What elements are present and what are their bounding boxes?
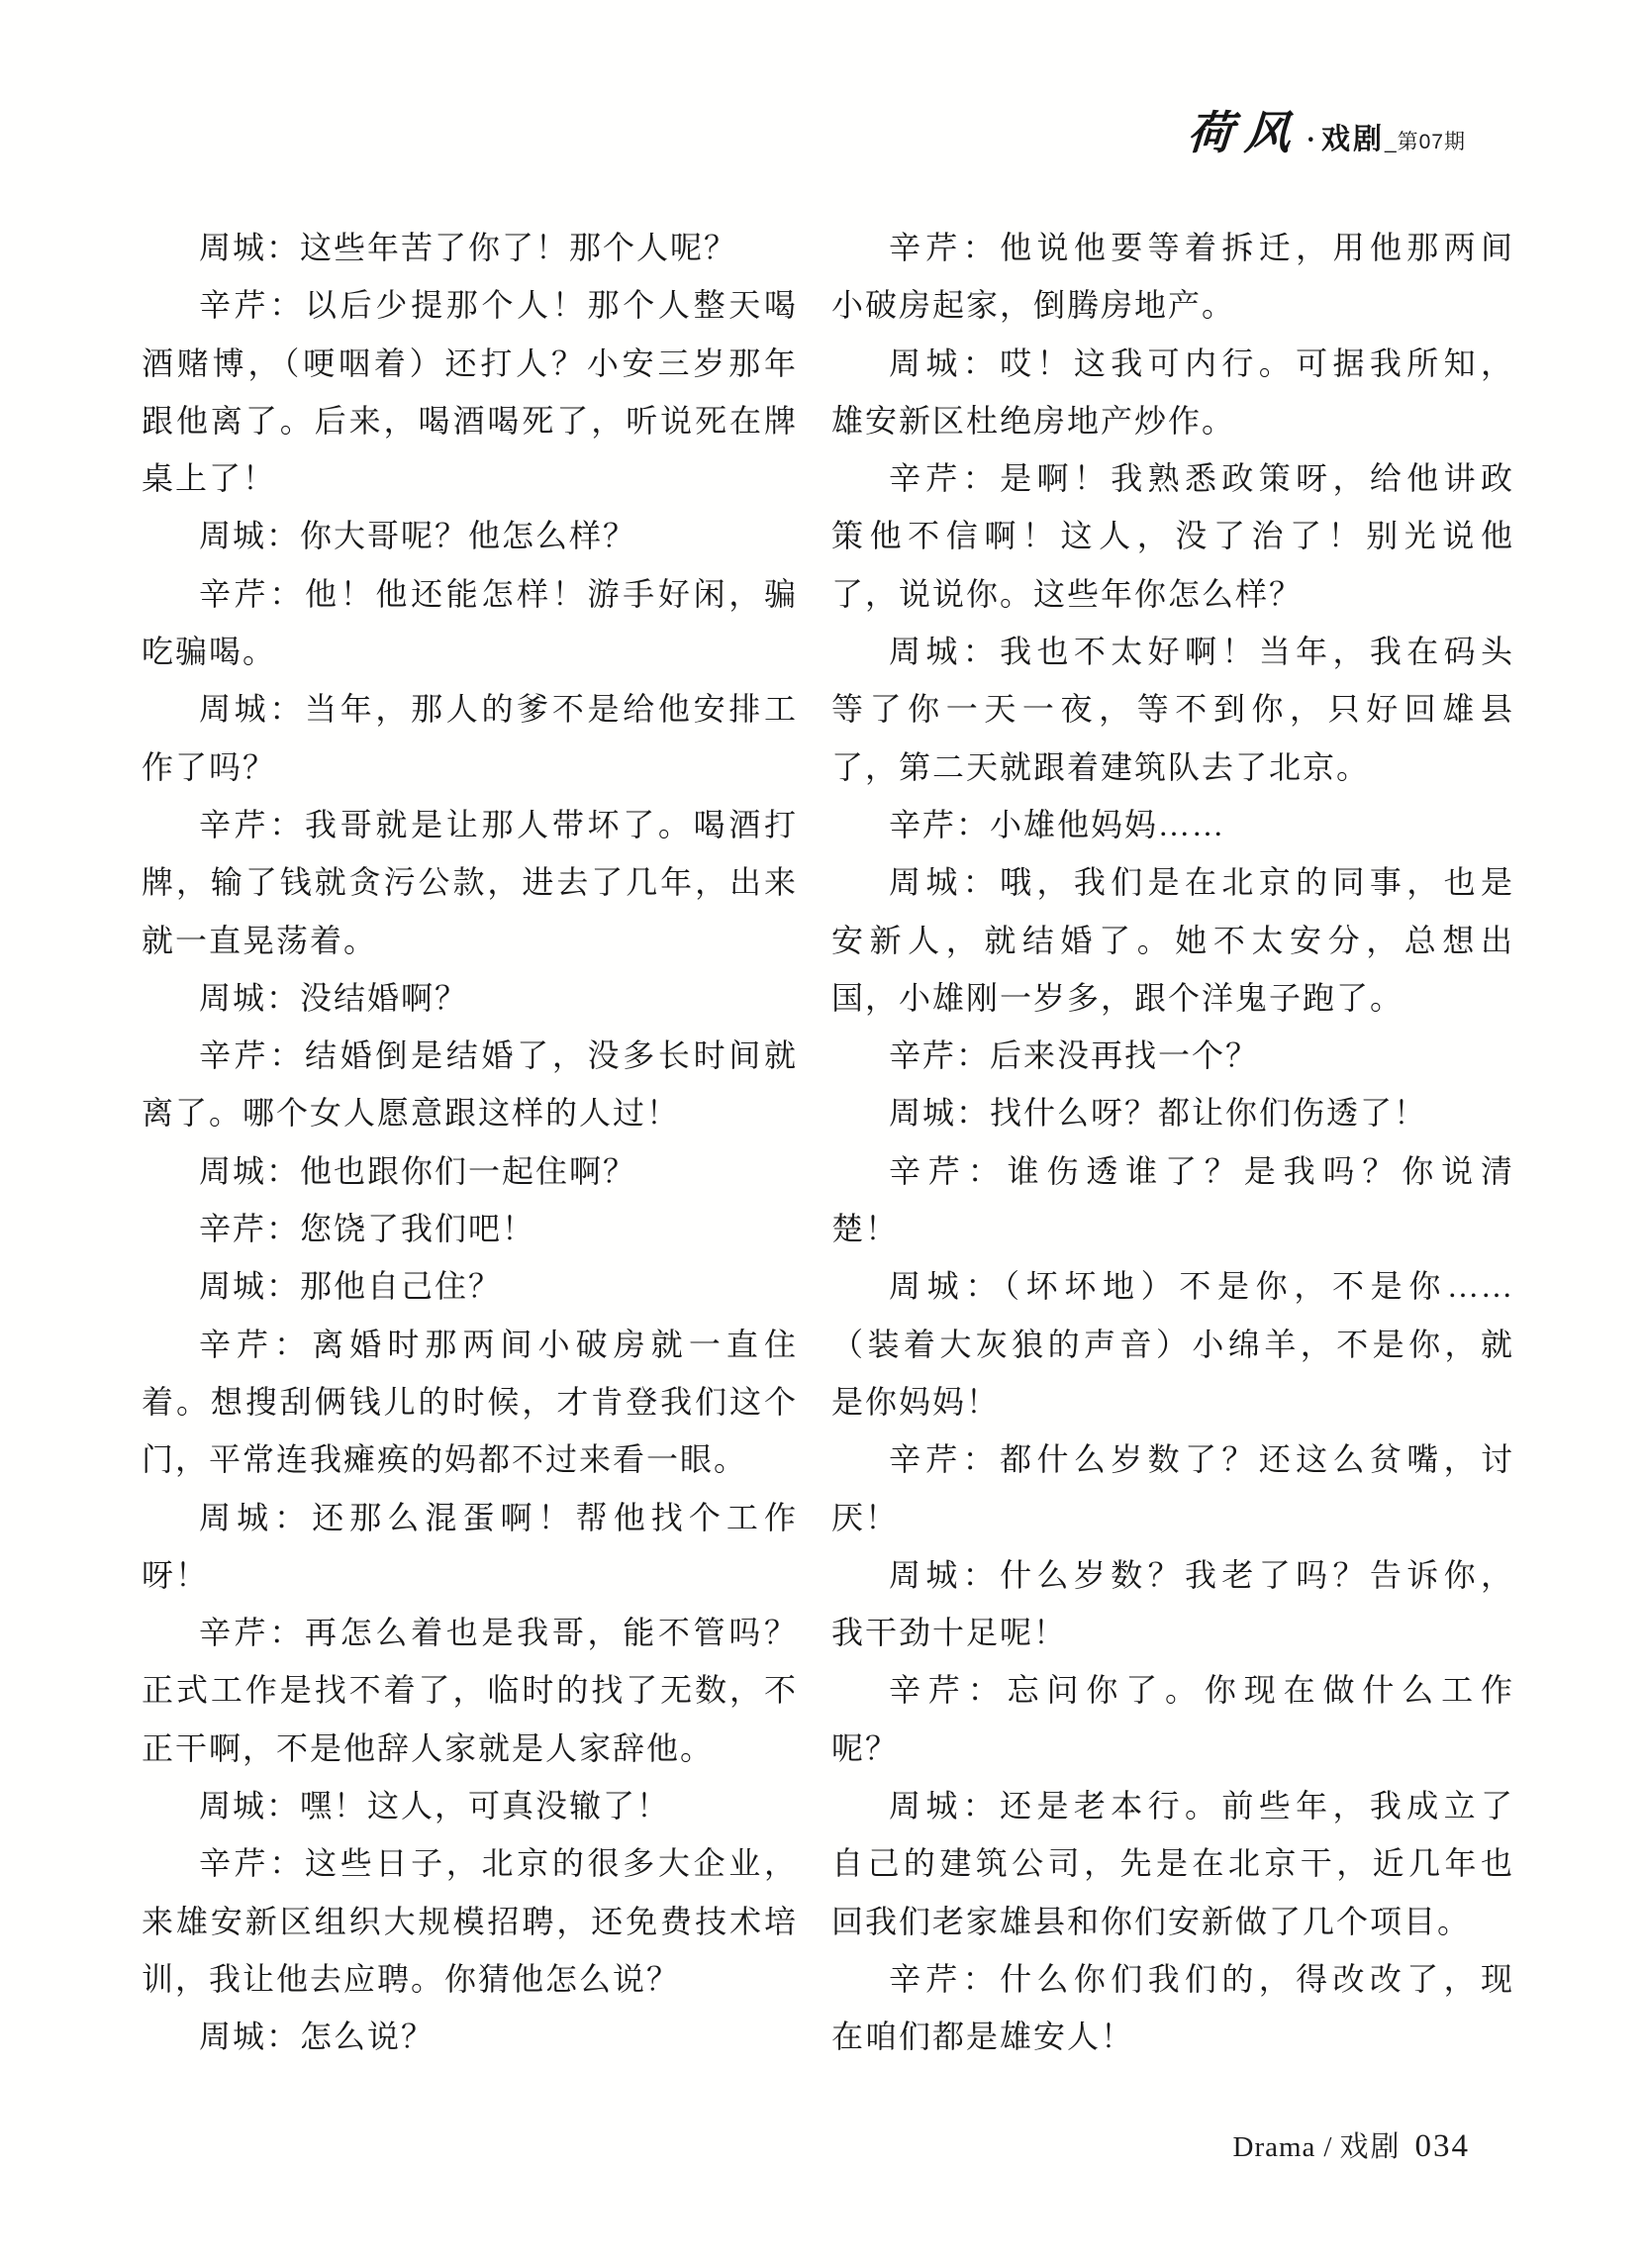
dialogue-line: 正干啊，不是他辞人家就是人家辞他。 (142, 1720, 798, 1777)
dialogue-line: （装着大灰狼的声音）小绵羊，不是你，就 (831, 1316, 1514, 1373)
dialogue-line: 辛芹：小雄他妈妈…… (831, 796, 1514, 853)
dialogue-line: 周城：怎么说？ (142, 2008, 798, 2065)
dialogue-line: 呢？ (831, 1720, 1514, 1777)
footer-section-label: 戏剧 (1339, 2124, 1401, 2165)
dialogue-line: 国，小雄刚一岁多，跟个洋鬼子跑了。 (831, 969, 1514, 1027)
dialogue-line: 辛芹：您饶了我们吧！ (142, 1200, 798, 1257)
dialogue-line: 离了。哪个女人愿意跟这样的人过！ (142, 1084, 798, 1141)
dialogue-line: 辛芹：再怎么着也是我哥，能不管吗？ (142, 1604, 798, 1661)
dialogue-line: 楚！ (831, 1200, 1514, 1257)
dialogue-line: 周城：什么岁数？我老了吗？告诉你， (831, 1546, 1514, 1604)
dialogue-line: 了，说说你。这些年你怎么样？ (831, 565, 1514, 623)
dialogue-line: 跟他离了。后来，喝酒喝死了，听说死在牌 (142, 392, 798, 449)
header-separator-dot: · (1307, 125, 1315, 156)
dialogue-line: 来雄安新区组织大规模招聘，还免费技术培 (142, 1893, 798, 1950)
dialogue-line: 自己的建筑公司，先是在北京干，近几年也 (831, 1834, 1514, 1892)
dialogue-line: 作了吗？ (142, 739, 798, 796)
dialogue-line: 辛芹：离婚时那两间小破房就一直住 (142, 1316, 798, 1373)
dialogue-line: 周城：（坏坏地）不是你，不是你…… (831, 1257, 1514, 1315)
dialogue-line: 安新人，就结婚了。她不太安分，总想出 (831, 912, 1514, 969)
dialogue-line: 是你妈妈！ (831, 1373, 1514, 1430)
dialogue-line: 辛芹：他！他还能怎样！游手好闲，骗 (142, 565, 798, 623)
dialogue-line: 了，第二天就跟着建筑队去了北京。 (831, 739, 1514, 796)
dialogue-line: 辛芹：以后少提那个人！那个人整天喝 (142, 276, 798, 334)
dialogue-line: 辛芹：这些日子，北京的很多大企业， (142, 1834, 798, 1892)
dialogue-line: 辛芹：忘问你了。你现在做什么工作 (831, 1661, 1514, 1719)
dialogue-line: 等了你一天一夜，等不到你，只好回雄县 (831, 680, 1514, 738)
dialogue-line: 周城：这些年苦了你了！那个人呢？ (142, 219, 798, 276)
dialogue-line: 正式工作是找不着了，临时的找了无数，不 (142, 1661, 798, 1719)
dialogue-line: 就一直晃荡着。 (142, 912, 798, 969)
dialogue-line: 辛芹：都什么岁数了？还这么贫嘴，讨 (831, 1430, 1514, 1488)
dialogue-line: 周城：我也不太好啊！当年，我在码头 (831, 623, 1514, 680)
dialogue-line: 厌！ (831, 1489, 1514, 1546)
dialogue-line: 辛芹：我哥就是让那人带坏了。喝酒打 (142, 796, 798, 853)
magazine-logo: 荷风 (1185, 97, 1305, 162)
dialogue-line: 辛芹：后来没再找一个？ (831, 1027, 1514, 1084)
footer-separator-slash: / (1323, 2131, 1331, 2164)
dialogue-line: 周城：你大哥呢？他怎么样？ (142, 507, 798, 564)
dialogue-line: 门，平常连我瘫痪的妈都不过来看一眼。 (142, 1430, 798, 1488)
magazine-page: 荷风 · 戏剧 _第07期 周城：这些年苦了你了！那个人呢？辛芹：以后少提那个人… (0, 0, 1646, 2268)
dialogue-line: 桌上了！ (142, 449, 798, 507)
footer-drama-label: Drama (1233, 2131, 1316, 2164)
dialogue-line: 周城：还那么混蛋啊！帮他找个工作 (142, 1489, 798, 1546)
dialogue-line: 牌，输了钱就贪污公款，进去了几年，出来 (142, 853, 798, 911)
header-section-label: 戏剧 (1321, 117, 1385, 157)
dialogue-line: 周城：当年，那人的爹不是给他安排工 (142, 680, 798, 738)
dialogue-line: 辛芹：是啊！我熟悉政策呀，给他讲政 (831, 449, 1514, 507)
dialogue-line: 辛芹：他说他要等着拆迁，用他那两间 (831, 219, 1514, 276)
dialogue-line: 小破房起家，倒腾房地产。 (831, 276, 1514, 334)
dialogue-line: 周城：那他自己住？ (142, 1257, 798, 1315)
dialogue-line: 周城：没结婚啊？ (142, 969, 798, 1027)
footer-page-number: 034 (1415, 2128, 1471, 2165)
dialogue-line: 周城：哦，我们是在北京的同事，也是 (831, 853, 1514, 911)
dialogue-line: 辛芹：谁伤透谁了？是我吗？你说清 (831, 1142, 1514, 1200)
header-issue-label: _第07期 (1385, 126, 1466, 155)
dialogue-line: 雄安新区杜绝房地产炒作。 (831, 392, 1514, 449)
dialogue-line: 周城：他也跟你们一起住啊？ (142, 1142, 798, 1200)
dialogue-line: 回我们老家雄县和你们安新做了几个项目。 (831, 1893, 1514, 1950)
dialogue-line: 着。想搜刮俩钱儿的时候，才肯登我们这个 (142, 1373, 798, 1430)
dialogue-line: 训，我让他去应聘。你猜他怎么说？ (142, 1950, 798, 2008)
dialogue-line: 周城：找什么呀？都让你们伤透了！ (831, 1084, 1514, 1141)
dialogue-line: 策他不信啊！这人，没了治了！别光说他 (831, 507, 1514, 564)
page-header: 荷风 · 戏剧 _第07期 (1188, 97, 1466, 162)
script-column-right: 辛芹：他说他要等着拆迁，用他那两间小破房起家，倒腾房地产。周城：哎！这我可内行。… (831, 219, 1514, 2066)
page-footer: Drama / 戏剧 034 (1233, 2124, 1470, 2165)
dialogue-line: 周城：还是老本行。前些年，我成立了 (831, 1777, 1514, 1834)
dialogue-line: 我干劲十足呢！ (831, 1604, 1514, 1661)
dialogue-line: 呀！ (142, 1546, 798, 1604)
dialogue-line: 酒赌博，（哽咽着）还打人？小安三岁那年 (142, 335, 798, 392)
dialogue-line: 周城：嘿！这人，可真没辙了！ (142, 1777, 798, 1834)
dialogue-line: 在咱们都是雄安人！ (831, 2008, 1514, 2065)
dialogue-line: 辛芹：什么你们我们的，得改改了，现 (831, 1950, 1514, 2008)
dialogue-line: 吃骗喝。 (142, 623, 798, 680)
script-column-left: 周城：这些年苦了你了！那个人呢？辛芹：以后少提那个人！那个人整天喝酒赌博，（哽咽… (142, 219, 798, 2066)
dialogue-line: 辛芹：结婚倒是结婚了，没多长时间就 (142, 1027, 798, 1084)
dialogue-line: 周城：哎！这我可内行。可据我所知， (831, 335, 1514, 392)
